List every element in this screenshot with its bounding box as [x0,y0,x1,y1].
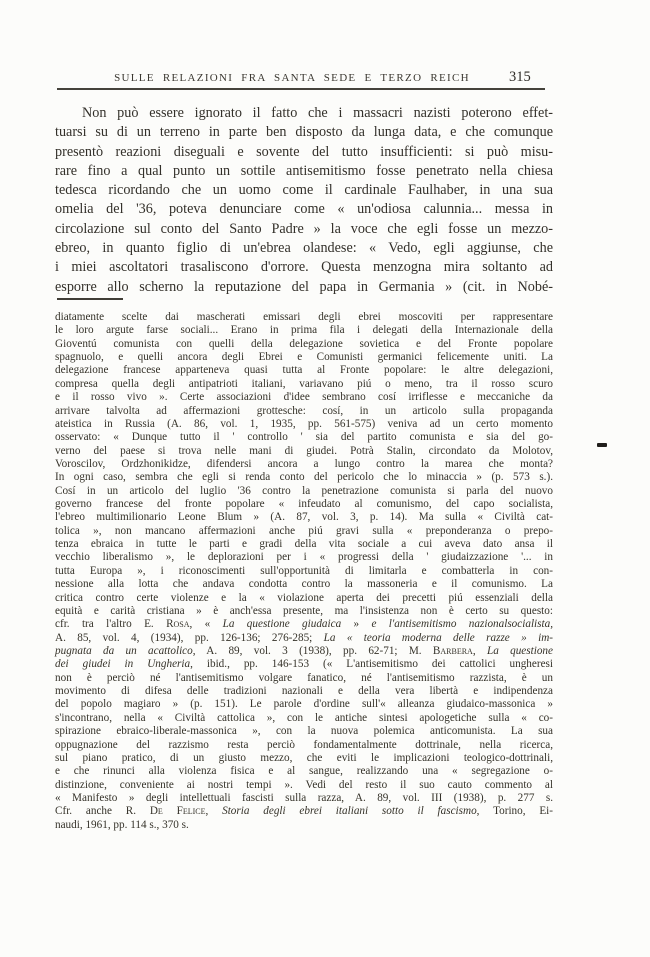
text-line: tutta Europa », i riconoscimenti sull'op… [55,565,553,578]
italic-title-text: Storia degli ebrei italiani sotto il fas… [222,805,477,817]
text-line: Voroscilov, Ordzhonikidze, difendersi an… [55,458,553,471]
plain-text: , Torino, Ei- [477,805,553,817]
plain-text: » [341,618,371,630]
book-page: SULLE RELAZIONI FRA SANTA SEDE E TERZO R… [0,0,650,957]
text-line: sul piano pratico, di un giusto mezzo, c… [55,752,553,765]
text-line: s'incontrano, nella « Civiltà cattolica … [55,712,553,725]
text-line: e il rosso vivo ». Certe associazioni d'… [55,391,553,404]
text-line: spirazione ebraico-liberale-massonica »,… [55,725,553,738]
plain-text: Cfr. anche R. [55,805,150,817]
text-line: oppugnazione del razzismo resta perciò f… [55,739,553,752]
text-line: Non può essere ignorato il fatto che i m… [55,104,553,123]
smallcaps-author-name: De Felice [150,805,206,817]
text-line: A. 85, vol. 4, (1934), pp. 126-136; 276-… [55,632,553,645]
text-line: osservato: « Dunque tutto il ' controllo… [55,431,553,444]
smallcaps-author-name: Barbera [433,645,473,657]
text-line: l'ebreo multimilionario Leone Blum » (A.… [55,511,553,524]
plain-text: , ibid., pp. 146-153 (« L'antisemitismo … [190,658,553,670]
text-line: le loro argute farse sociali... Erano in… [55,324,553,337]
text-line: Cosí in un articolo del luglio '36 contr… [55,485,553,498]
italic-title-text: La questione [487,645,553,657]
text-line: delegazione francese apparteneva quasi t… [55,364,553,377]
header-rule-divider [57,88,545,90]
plain-text: , [206,805,223,817]
text-line: esporre allo scherno la reputazione del … [55,278,553,297]
footnote-rule-divider [57,298,123,300]
text-line: compresa quella degli antipatrioti itali… [55,378,553,391]
italic-title-text: pugnata da un acattolico [55,645,193,657]
text-line: tolica », non mancano affermazioni anche… [55,525,553,538]
text-line: cfr. tra l'altro E. Rosa, « La questione… [55,618,553,631]
text-line: del popolo magiaro » (p. 151). Le parole… [55,698,553,711]
text-line: e che rinunci alla violenza fisica e al … [55,765,553,778]
italic-title-text: La « teoria moderna delle razze » im- [324,632,553,644]
text-line: governo francese del fronte popolare « i… [55,498,553,511]
italic-title-text: e l'antisemitismo nazionalsocialista, [371,618,553,630]
text-line: rare fino a qual punto un sottile antise… [55,162,553,181]
plain-text: , A. 89, vol. 3 (1938), pp. 62-71; M. [193,645,433,657]
text-line: equità e carità cristiana » è anch'essa … [55,605,553,618]
running-header-title: SULLE RELAZIONI FRA SANTA SEDE E TERZO R… [57,72,527,84]
text-line: diatamente scelte dai mascherati emissar… [55,311,553,324]
plain-text: A. 85, vol. 4, (1934), pp. 126-136; 276-… [55,632,324,644]
text-line: ebreo, in quanto figlio di un'ebrea olan… [55,239,553,258]
text-line: vecchio liberalismo », le deplorazioni p… [55,551,553,564]
main-paragraph: Non può essere ignorato il fatto che i m… [55,104,553,297]
text-line: movimento di difesa delle tradizioni naz… [55,685,553,698]
text-line: critica contro certe violenze e la « vio… [55,592,553,605]
text-line: arrivare talvolta ad affermazioni grotte… [55,405,553,418]
text-line: circolazione sul conto del Santo Padre »… [55,220,553,239]
text-line: i miei ascoltatori trasaliscono d'orrore… [55,258,553,277]
text-line: tedesca ricordando che un uomo come il c… [55,181,553,200]
text-line: presentò reazioni diseguali e sovente de… [55,143,553,162]
plain-text: cfr. tra l'altro E. [55,618,166,630]
text-line: nessione alla lotta che andava condotta … [55,578,553,591]
footnote-block: diatamente scelte dai mascherati emissar… [55,311,553,832]
text-line: non è perciò né l'antisemitismo volgare … [55,672,553,685]
margin-pencil-mark [597,443,607,447]
text-line: tuarsi su di un terreno in parte ben dis… [55,123,553,142]
plain-text: , « [190,618,223,630]
text-line: tenza ebraica in tutte le parti e gradi … [55,538,553,551]
page-number: 315 [509,69,554,86]
text-line: pugnata da un acattolico, A. 89, vol. 3 … [55,645,553,658]
text-line: Cfr. anche R. De Felice, Storia degli eb… [55,805,553,818]
italic-title-text: La questione giudaica [223,618,342,630]
smallcaps-author-name: Rosa [166,618,189,630]
text-line: verno del paese si trova nelle mani di g… [55,445,553,458]
text-line: distinzione, conveniente ai nostri tempi… [55,779,553,792]
text-line: omelia del '36, poteva denunciare come «… [55,200,553,219]
text-line: Gioventú comunista con quelli della dele… [55,338,553,351]
text-line: naudi, 1961, pp. 114 s., 370 s. [55,819,553,832]
text-line: « Manifesto » degli intellettuali fascis… [55,792,553,805]
plain-text: , [473,645,487,657]
italic-title-text: dei giudei in Ungheria [55,658,190,670]
text-line: spagnuolo, e quelli ancora degli Ebrei e… [55,351,553,364]
text-line: ateistica in Russia (A. 86, vol. 1, 1935… [55,418,553,431]
text-line: In ogni caso, sembra che egli si renda c… [55,471,553,484]
text-line: dei giudei in Ungheria, ibid., pp. 146-1… [55,658,553,671]
